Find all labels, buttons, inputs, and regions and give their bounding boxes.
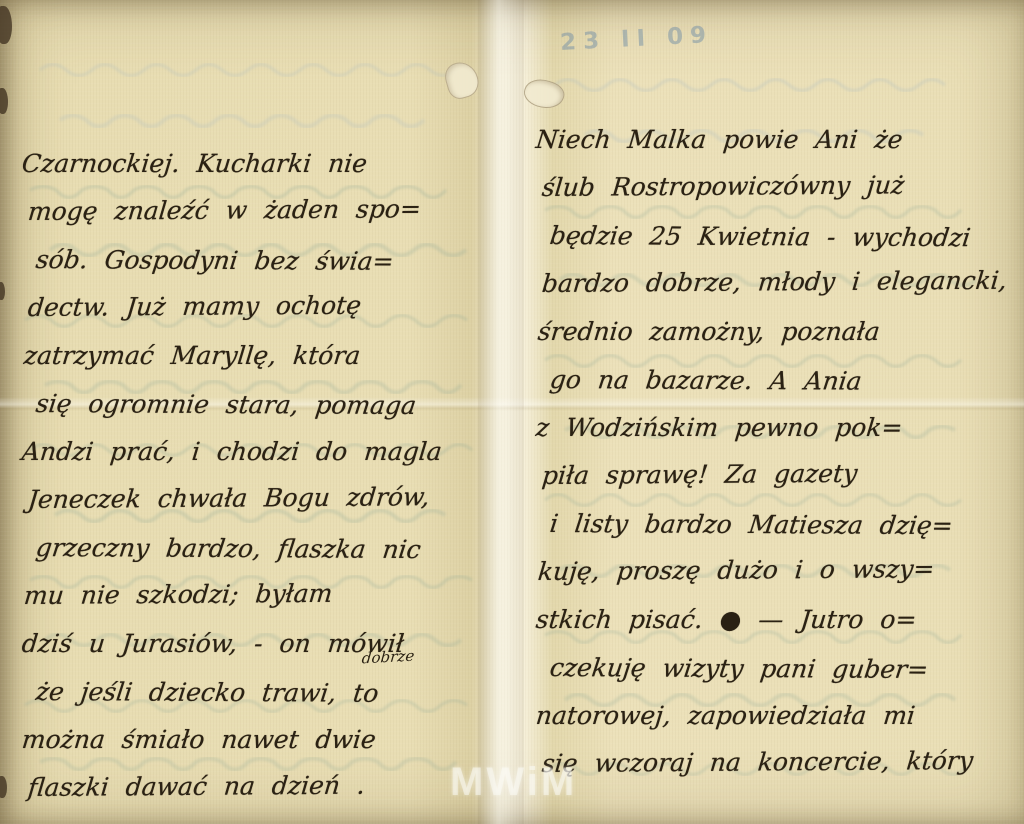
handwritten-line: że jeśli dziecko trawi, to: [33, 668, 495, 718]
handwritten-line: czekuję wizyty pani guber=: [547, 644, 1024, 694]
letter-left-page: Czarnockiej. Kucharki nie mogę znaleźć w…: [0, 0, 497, 824]
handwritten-line: Andzi prać, i chodzi do magla: [19, 428, 494, 476]
handwritten-line: sób. Gospodyni bez świa=: [33, 236, 495, 286]
right-page-text: Niech Malka powie Ani że ślub Rostropowi…: [536, 116, 1022, 788]
handwritten-line: zatrzymać Maryllę, która: [21, 332, 494, 380]
handwritten-line: Czarnockiej. Kucharki nie: [19, 140, 494, 188]
handwritten-line: natorowej, zapowiedziała mi: [533, 692, 1024, 740]
handwritten-line: piła sprawę! Za gazety: [540, 449, 1024, 500]
handwritten-line: będzie 25 Kwietnia - wychodzi: [547, 212, 1024, 262]
handwritten-line: z Wodzińskim pewno pok=: [533, 404, 1024, 452]
handwritten-line: ślub Rostropowiczówny już: [540, 161, 1024, 212]
handwritten-line: go na bazarze. A Ania: [547, 356, 1024, 406]
handwritten-line: dziś u Jurasiów, - on mówił: [19, 620, 494, 668]
handwritten-line: grzeczny bardzo, flaszka nic: [33, 524, 495, 574]
letter-right-page: Niech Malka powie Ani że ślub Rostropowi…: [520, 0, 1024, 824]
handwritten-line: flaszki dawać na dzień .: [26, 761, 495, 812]
handwritten-line: i listy bardzo Matiesza dzię=: [547, 500, 1024, 550]
handwritten-line: Niech Malka powie Ani że: [533, 116, 1024, 164]
left-page-text: Czarnockiej. Kucharki nie mogę znaleźć w…: [22, 140, 492, 812]
letter-scan: 23 II 09 Czarnockiej. Kucharki nie mogę …: [0, 0, 1024, 824]
handwritten-line: bardzo dobrze, młody i elegancki,: [540, 257, 1024, 308]
handwritten-line: się wczoraj na koncercie, który: [540, 737, 1024, 788]
handwritten-line: się ogromnie stara, pomaga: [33, 380, 495, 430]
museum-watermark: MWiM: [450, 760, 577, 805]
handwritten-line: stkich pisać. ● — Jutro o=: [533, 596, 1024, 644]
handwritten-line: średnio zamożny, poznała: [535, 308, 1024, 356]
handwritten-line: mu nie szkodzi; byłam: [22, 569, 495, 620]
handwritten-line: dectw. Już mamy ochotę: [26, 281, 495, 332]
handwritten-line: Jeneczek chwała Bogu zdrów,: [26, 473, 495, 524]
handwritten-line: mogę znaleźć w żaden spo=: [26, 185, 495, 236]
handwritten-line: kuję, proszę dużo i o wszy=: [536, 545, 1024, 596]
inserted-word: dobrze: [361, 647, 415, 668]
handwritten-line: można śmiało nawet dwie: [19, 716, 494, 764]
